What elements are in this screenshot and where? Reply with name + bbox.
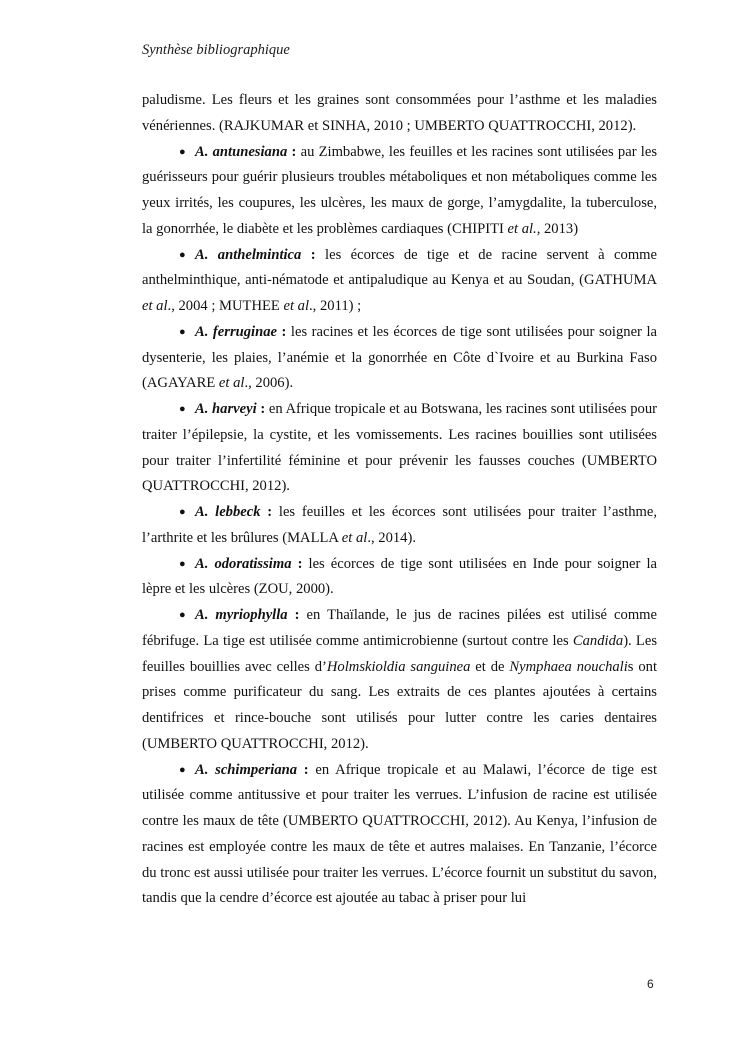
species-item-anthelmintica: ●A. anthelmintica : les écorces de tige …: [142, 243, 657, 320]
species-name: A. myriophylla: [195, 607, 288, 623]
bullet-icon: ●: [179, 243, 195, 269]
species-item-lebbeck: ●A. lebbeck : les feuilles et les écorce…: [142, 500, 657, 552]
bullet-icon: ●: [179, 603, 195, 629]
species-name: A. schimperiana: [195, 762, 297, 778]
species-name: A. antunesiana: [195, 144, 287, 160]
species-item-schimperiana: ●A. schimperiana : en Afrique tropicale …: [142, 758, 657, 913]
page-number: 6: [647, 977, 654, 991]
species-item-myriophylla: ●A. myriophylla : en Thaïlande, le jus d…: [142, 603, 657, 758]
species-name: A. odoratissima: [195, 556, 292, 572]
bullet-icon: ●: [179, 552, 195, 578]
species-item-odoratissima: ●A. odoratissima : les écorces de tige s…: [142, 552, 657, 604]
body-text: paludisme. Les fleurs et les graines son…: [142, 88, 657, 912]
species-item-ferruginae: ●A. ferruginae : les racines et les écor…: [142, 320, 657, 397]
species-name: A. lebbeck: [195, 504, 261, 520]
document-page: Synthèse bibliographique paludisme. Les …: [0, 0, 745, 1053]
intro-paragraph: paludisme. Les fleurs et les graines son…: [142, 88, 657, 140]
species-item-harveyi: ●A. harveyi : en Afrique tropicale et au…: [142, 397, 657, 500]
bullet-icon: ●: [179, 397, 195, 423]
running-header: Synthèse bibliographique: [142, 42, 290, 59]
species-name: A. ferruginae: [195, 324, 277, 340]
bullet-icon: ●: [179, 500, 195, 526]
bullet-icon: ●: [179, 140, 195, 166]
bullet-icon: ●: [179, 320, 195, 346]
species-item-antunesiana: ●A. antunesiana : au Zimbabwe, les feuil…: [142, 140, 657, 243]
species-name: A. harveyi: [195, 401, 257, 417]
bullet-icon: ●: [179, 758, 195, 784]
species-name: A. anthelmintica: [195, 247, 301, 263]
